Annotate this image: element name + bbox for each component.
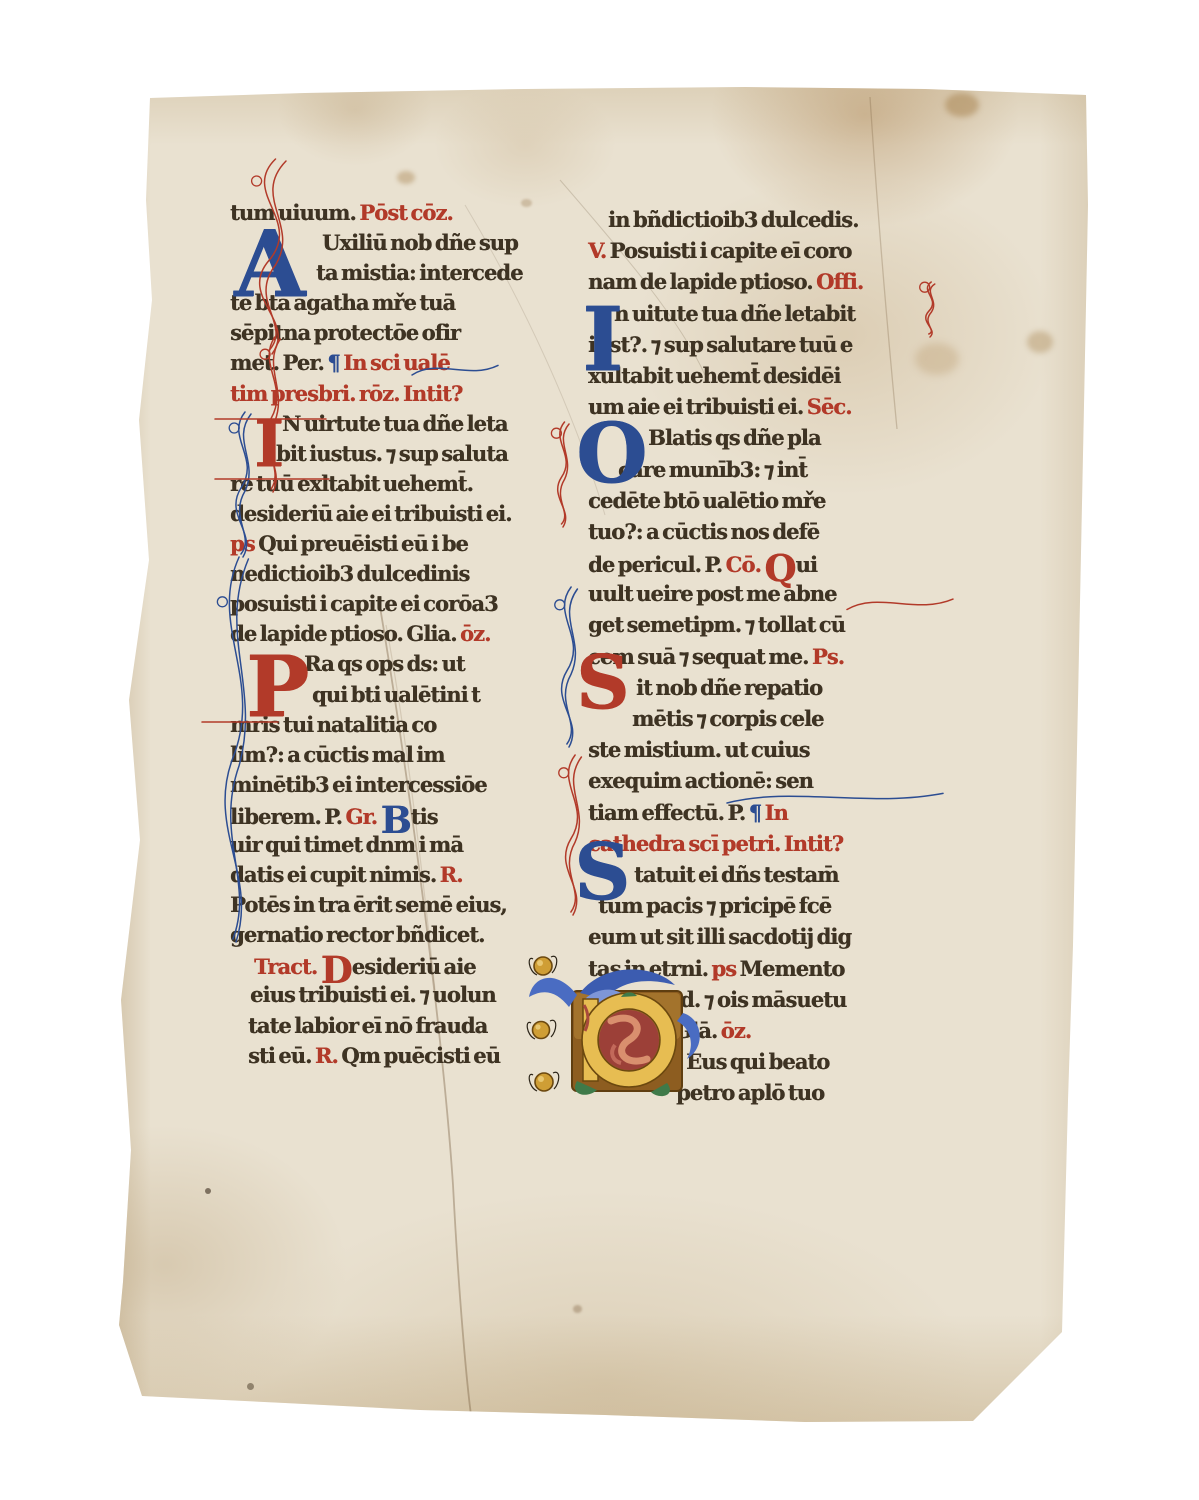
- body-text: minētib3 ei intercessiōe: [230, 772, 487, 797]
- text-line: datis ei cupit nimis. R.: [230, 862, 564, 892]
- body-text: n uitute tua dñe letabit: [614, 301, 855, 326]
- stain-spot: [1027, 331, 1053, 353]
- rubric-text: Offi.: [816, 269, 863, 294]
- text-line: eum ut sit illi sacdotij dig: [588, 924, 928, 955]
- rubric-text: R.: [440, 862, 463, 887]
- stain-spot: [247, 1383, 254, 1390]
- text-line: cathedra scī petri. Intit?: [588, 831, 928, 862]
- text-line: nedictioib3 dulcedinis: [230, 561, 564, 591]
- body-text: bit iustus. ⁊ sup saluta: [276, 441, 508, 466]
- stain-spot: [945, 93, 979, 117]
- text-line: desideriū aie ei tribuisti ei.: [230, 501, 564, 531]
- body-text: Memento: [740, 956, 845, 981]
- rubric-text: ōz.: [460, 621, 491, 646]
- body-text: de pericul. P.: [588, 552, 726, 577]
- text-line: get semetipm. ⁊ tollat cū: [588, 612, 928, 643]
- text-line: lim?: a cūctis mal im: [230, 742, 564, 772]
- illuminated-initial-d: [525, 953, 725, 1108]
- stain-spot: [397, 171, 415, 184]
- text-line: it nob dñe repatio: [588, 675, 928, 706]
- body-text: posuisti i capite ei corōa3: [230, 591, 498, 616]
- penwork-flourish: [725, 785, 945, 809]
- manuscript-leaf: tum uiuum. Pōst cōz.Uxiliū nob dñe supta…: [105, 85, 1095, 1425]
- text-line: ste mistium. ut cuius: [588, 737, 928, 768]
- body-text: ui: [796, 552, 817, 577]
- body-text: mētis ⁊ corpis cele: [632, 706, 824, 731]
- penwork-flourish: [410, 357, 500, 381]
- penwork-flourish: [205, 555, 267, 945]
- body-text: tate labior eī nō frauda: [248, 1013, 487, 1038]
- body-text: esideriū aie: [352, 954, 476, 979]
- body-text: eum ut sit illi sacdotij dig: [588, 924, 851, 949]
- penwork-flourish: [845, 590, 955, 616]
- body-text: tis: [411, 804, 438, 829]
- drop-cap-o: O: [576, 417, 647, 492]
- rubric-text: Tract.: [254, 954, 321, 979]
- rubric-text: Sēc.: [807, 394, 852, 419]
- penwork-flourish: [213, 475, 331, 483]
- text-line: n uitute tua dñe letabit: [588, 301, 928, 332]
- body-text: tuo?: a cūctis nos defē: [588, 519, 819, 544]
- body-text: Posuisti i capite eī coro: [610, 238, 852, 263]
- body-text: in bñdictioib3 dulcedis.: [608, 207, 859, 232]
- body-text: Potēs in tra ērit semē eius,: [230, 892, 507, 917]
- gold-bezant: [527, 1020, 556, 1039]
- body-text: qui bti ualētini t: [312, 682, 480, 707]
- body-text: it nob dñe repatio: [636, 675, 822, 700]
- stain-spot: [205, 1188, 211, 1194]
- text-line: posuisti i capite ei corōa3: [230, 591, 564, 621]
- text-line: tatuit ei dñs testam̄: [588, 862, 928, 893]
- rubric-text: V.: [588, 238, 610, 263]
- text-line: in bñdictioib3 dulcedis.: [588, 207, 928, 238]
- text-line: liberem. P. Gr. Btis: [230, 802, 564, 832]
- text-line: eius tribuisti ei. ⁊ uolun: [230, 982, 564, 1012]
- body-text: Blatis qs dñe pla: [648, 425, 821, 450]
- penwork-flourish: [200, 718, 280, 726]
- text-line: mētis ⁊ corpis cele: [588, 706, 928, 737]
- body-text: get semetipm. ⁊ tollat cū: [588, 612, 845, 637]
- penwork-flourish: [548, 420, 578, 530]
- text-line: Tract. Desideriū aie: [230, 952, 564, 982]
- drop-cap-i: I: [582, 299, 623, 380]
- body-text: ta mistia: intercede: [316, 260, 523, 285]
- text-line: tate labior eī nō frauda: [230, 1013, 564, 1043]
- stain-spot: [573, 1305, 582, 1313]
- body-text: uult ueire post me abne: [588, 581, 837, 606]
- body-text: ste mistium. ut cuius: [588, 737, 810, 762]
- body-text: Qm puēcisti eū: [341, 1043, 500, 1068]
- text-line: iust?. ⁊ sup salutare tuū e: [588, 332, 928, 363]
- body-text: eius tribuisti ei. ⁊ uolun: [250, 982, 496, 1007]
- text-line: V. Posuisti i capite eī coro: [588, 238, 928, 269]
- body-text: sti eū.: [248, 1043, 315, 1068]
- body-text: gernatio rector bñdicet.: [230, 922, 484, 947]
- text-line: Potēs in tra ērit semē eius,: [230, 892, 564, 922]
- rubric-text: Pōst cōz.: [359, 200, 453, 225]
- penwork-flourish: [237, 157, 307, 357]
- rubric-text: ōz.: [721, 1018, 752, 1043]
- text-line: uir qui timet dnm i mā: [230, 832, 564, 862]
- gold-bezant: [529, 1072, 559, 1091]
- text-line: tuo?: a cūctis nos defē: [588, 519, 928, 550]
- body-text: Uxiliū nob dñe sup: [322, 230, 518, 255]
- text-line: nam de lapide ptioso. Offi.: [588, 269, 928, 300]
- text-line: gernatio rector bñdicet.: [230, 922, 564, 952]
- rubric-text: Ps.: [812, 644, 844, 669]
- text-line: xultabit uehemt̄ desidēi: [588, 363, 928, 394]
- body-text: tum pacis ⁊ pricipē fcē: [598, 893, 831, 918]
- body-text: tatuit ei dñs testam̄: [634, 862, 838, 887]
- text-line: ps Qui preuēisti eū i be: [230, 531, 564, 561]
- body-text: xultabit uehemt̄ desidēi: [588, 363, 840, 388]
- penwork-flourish: [548, 585, 590, 750]
- text-line: tum pacis ⁊ pricipē fcē: [588, 893, 928, 924]
- gold-bezant: [529, 956, 557, 975]
- body-text: Ra qs ops ds: ut: [304, 651, 465, 676]
- text-line: de pericul. P. Cō. Qui: [588, 550, 928, 581]
- body-text: desideriū aie ei tribuisti ei.: [230, 501, 512, 526]
- penwork-flourish: [552, 753, 594, 918]
- rubric-text: Gr.: [345, 804, 380, 829]
- penwork-flourish: [213, 415, 328, 423]
- body-text: iust?. ⁊ sup salutare tuū e: [588, 332, 852, 357]
- paraph-mark: ¶: [327, 350, 339, 375]
- rubric-text: R.: [315, 1043, 341, 1068]
- text-line: cem suā ⁊ sequat me. Ps.: [588, 644, 928, 675]
- penwork-flourish: [223, 410, 263, 560]
- penwork-flourish: [918, 280, 942, 340]
- body-text: Qui preuēisti eū i be: [258, 531, 468, 556]
- text-line: sti eū. R. Qm puēcisti eū: [230, 1043, 564, 1073]
- photograph-background: tum uiuum. Pōst cōz.Uxiliū nob dñe supta…: [0, 0, 1199, 1500]
- rubric-text: Cō.: [726, 552, 765, 577]
